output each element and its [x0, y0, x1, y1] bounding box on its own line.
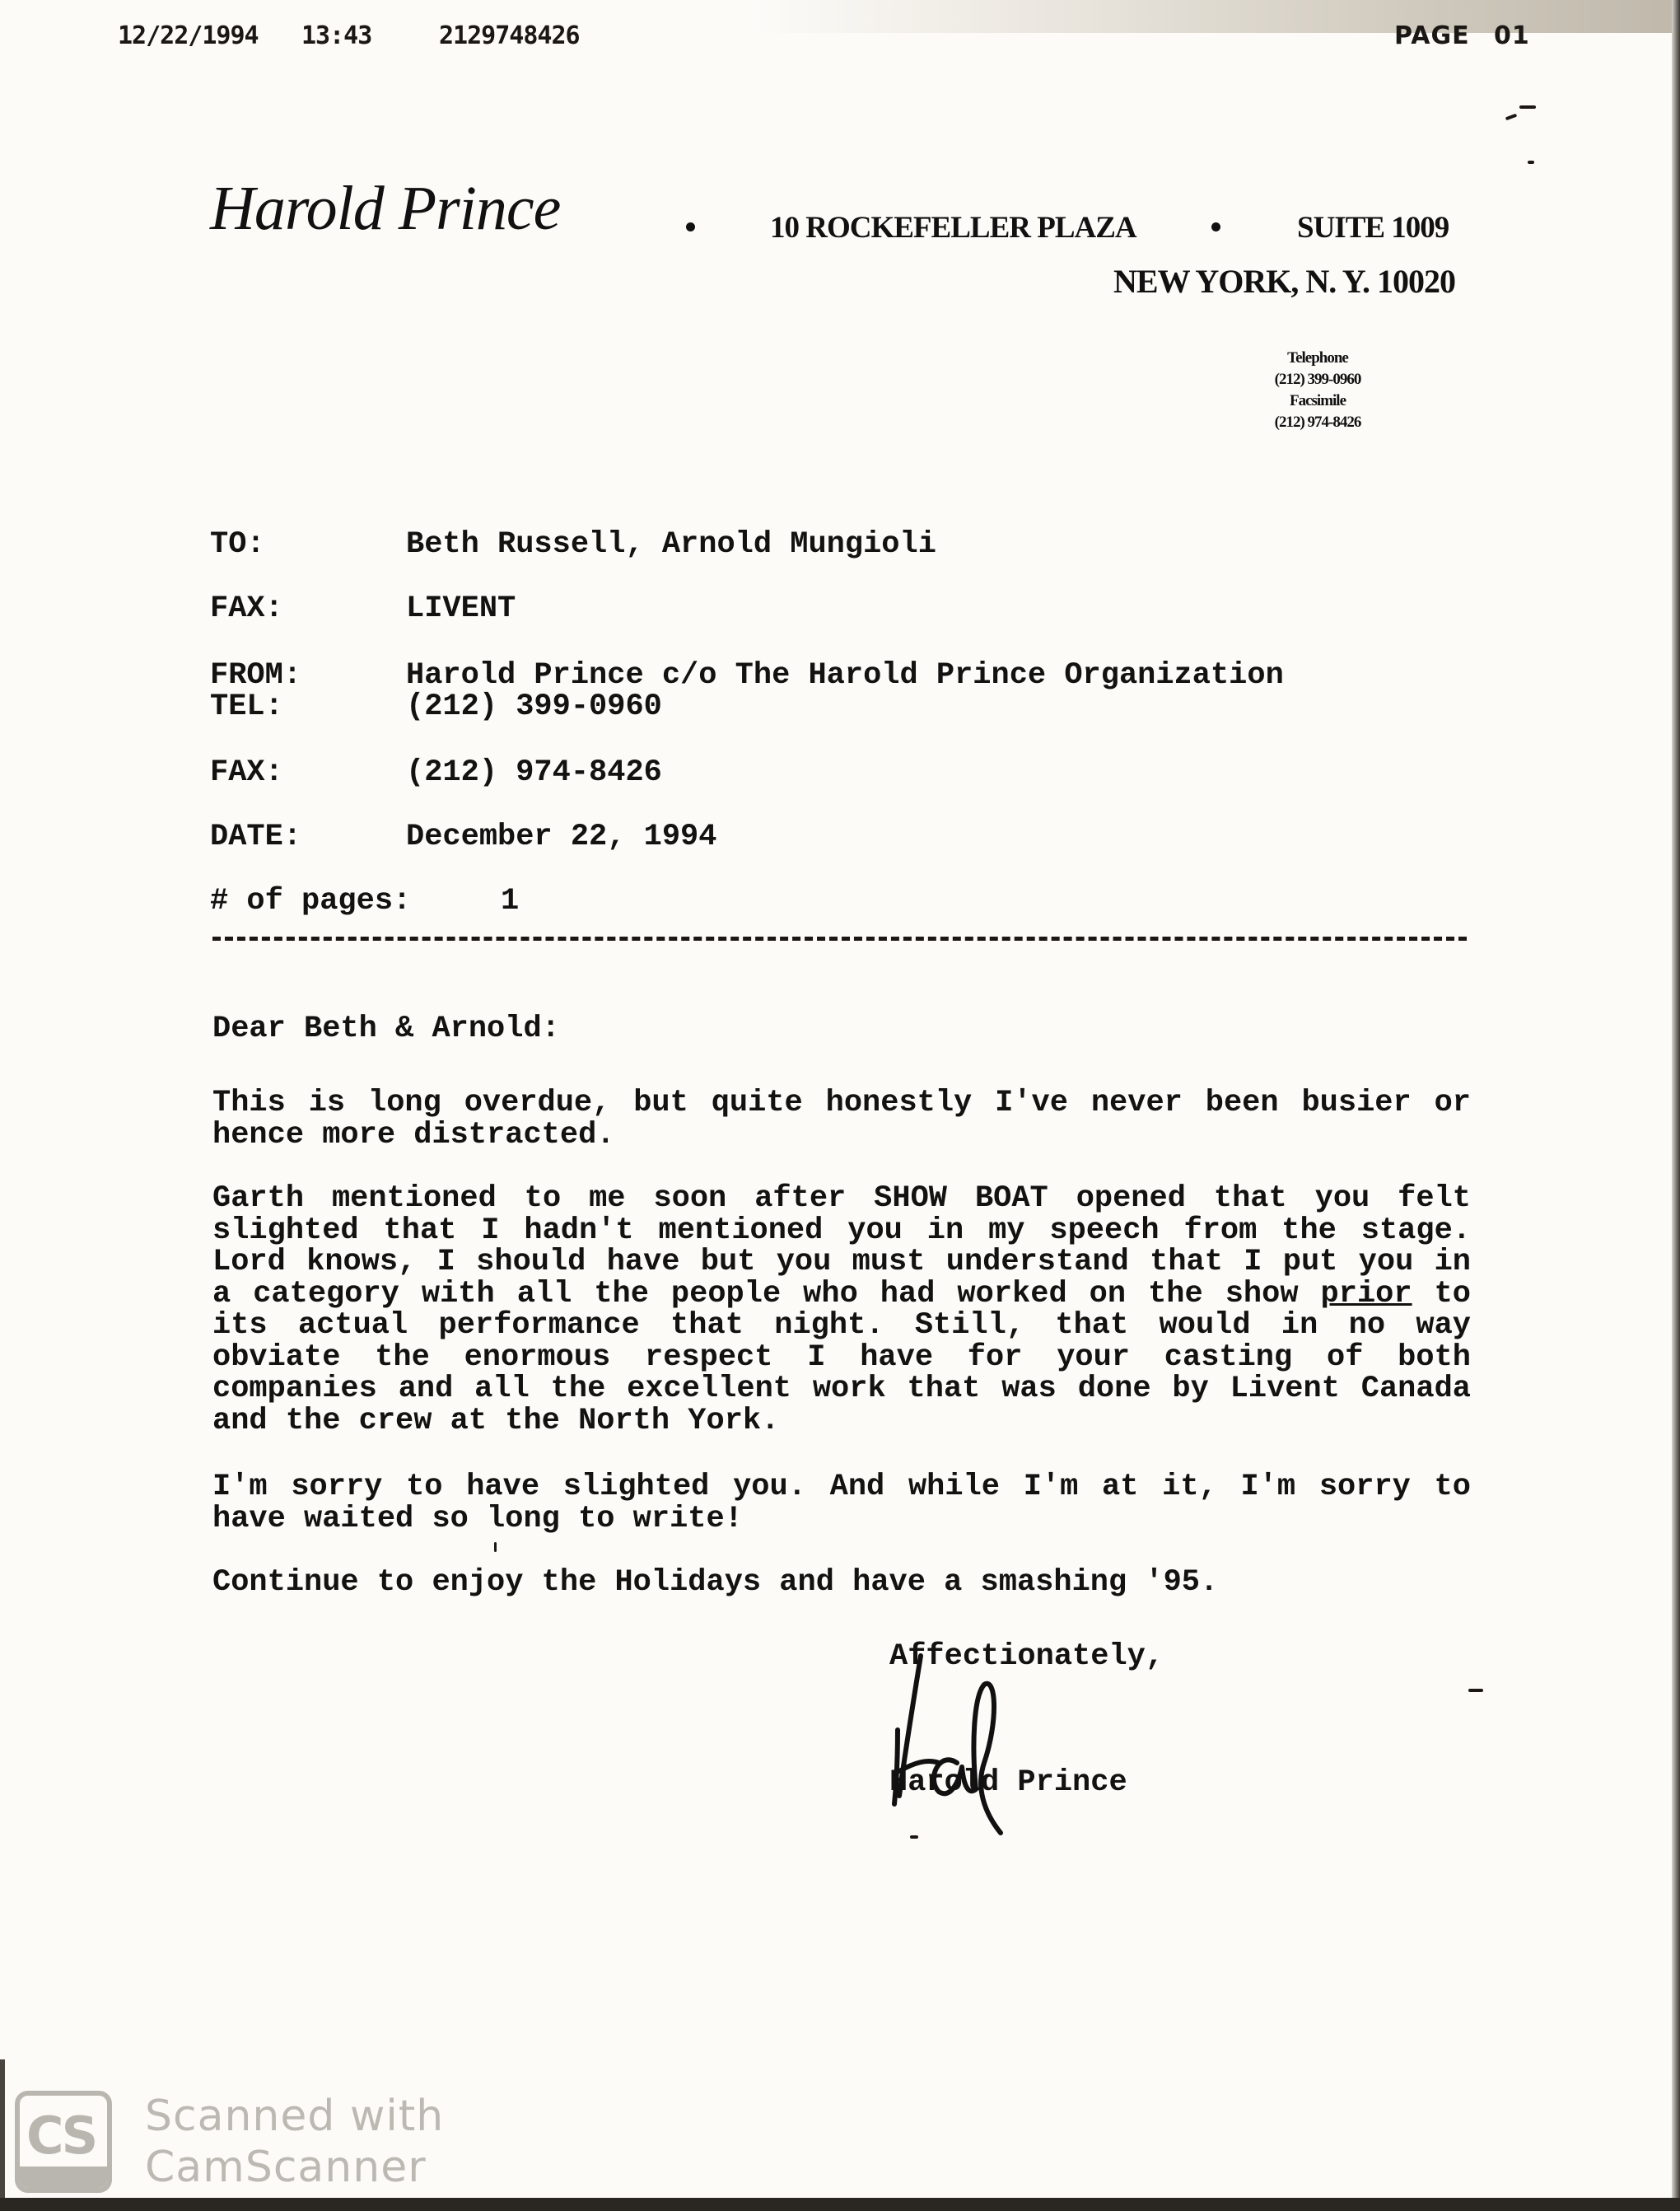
page-edge-bottom [0, 2198, 1680, 2211]
scan-mark [1519, 105, 1536, 109]
page-edge-left [0, 2059, 5, 2211]
from-label: FROM: [210, 658, 301, 693]
paragraph-2-start: Garth mentioned to me soon after SHOW BO… [212, 1181, 1471, 1311]
dashed-divider [212, 937, 1467, 941]
page-edge-right [1672, 0, 1680, 2211]
date-label: DATE: [210, 820, 301, 854]
pages-value: 1 [501, 884, 519, 919]
from-value: Harold Prince c/o The Harold Prince Orga… [406, 658, 1284, 693]
telephone-number: (212) 399-0960 [1235, 369, 1400, 390]
letterhead-city: NEW YORK, N. Y. 10020 [1113, 262, 1455, 301]
paragraph-1: This is long overdue, but quite honestly… [212, 1087, 1471, 1151]
to-label: TO: [210, 527, 265, 562]
tel-label: TEL: [210, 689, 283, 724]
paragraph-3: I'm sorry to have slighted you. And whil… [212, 1471, 1471, 1535]
to-value: Beth Russell, Arnold Mungioli [406, 527, 936, 562]
scan-mark [494, 1542, 497, 1552]
fax-value: LIVENT [406, 591, 516, 626]
letterhead-bullet [686, 222, 695, 231]
camscanner-logo-icon: CS [15, 2091, 112, 2193]
fax-header-number: 2129748426 [439, 21, 580, 50]
letterhead-name: Harold Prince [210, 173, 560, 245]
fax-header-page: PAGE 01 [1394, 21, 1530, 50]
fax-label: FAX: [210, 591, 283, 626]
letterhead-suite: SUITE 1009 [1297, 210, 1449, 245]
fax-page-label: PAGE [1394, 21, 1470, 50]
handwritten-signature [881, 1648, 1029, 1837]
sender-fax-value: (212) 974-8426 [406, 755, 662, 790]
fax-page: 12/22/1994 13:43 2129748426 PAGE 01 Haro… [0, 0, 1680, 2211]
fax-page-number: 01 [1494, 21, 1530, 50]
fax-header-date: 12/22/1994 [118, 21, 259, 50]
letterhead-bullet [1211, 222, 1220, 231]
salutation: Dear Beth & Arnold: [212, 1013, 1471, 1045]
paragraph-2: Garth mentioned to me soon after SHOW BO… [212, 1183, 1471, 1437]
facsimile-number: (212) 974-8426 [1235, 412, 1400, 433]
scan-mark [1505, 114, 1518, 121]
camscanner-text: Scanned with CamScanner [145, 2091, 444, 2193]
scan-mark [1528, 161, 1534, 164]
facsimile-label: Facsimile [1235, 390, 1400, 412]
paragraph-4: Continue to enjoy the Holidays and have … [212, 1567, 1471, 1599]
camscanner-watermark: CS Scanned with CamScanner [15, 2091, 509, 2198]
pages-label: # of pages: [210, 884, 411, 919]
sender-fax-label: FAX: [210, 755, 283, 790]
tel-value: (212) 399-0960 [406, 689, 662, 724]
fax-header-time: 13:43 [301, 21, 371, 50]
letterhead-address: 10 ROCKEFELLER PLAZA [770, 210, 1136, 245]
emphasis-prior: prior [1321, 1277, 1412, 1311]
scan-mark [1468, 1689, 1483, 1692]
telephone-label: Telephone [1235, 348, 1400, 369]
date-value: December 22, 1994 [406, 820, 716, 854]
letterhead-contact-block: Telephone (212) 399-0960 Facsimile (212)… [1235, 348, 1400, 433]
